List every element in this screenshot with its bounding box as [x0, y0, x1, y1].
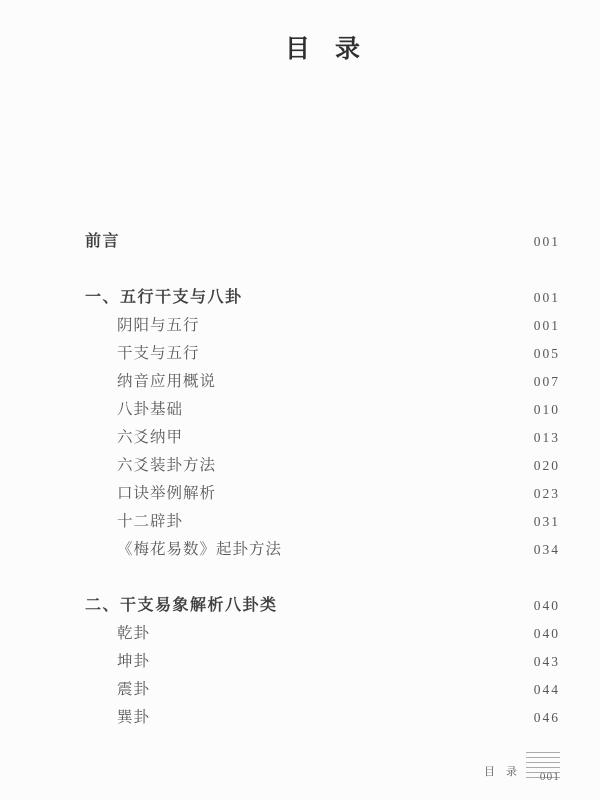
- toc-entry-page: 001: [534, 284, 560, 312]
- toc-entry: 震卦 044: [85, 676, 560, 704]
- toc-entry-label: 《梅花易数》起卦方法: [117, 536, 282, 564]
- toc-entry-page: 040: [534, 592, 560, 620]
- toc-entry-section-1: 一、五行干支与八卦 001: [85, 284, 560, 312]
- page-title: 目 录: [85, 0, 560, 67]
- toc-entry-page: 013: [534, 424, 560, 452]
- toc-entry: 六爻装卦方法 020: [85, 452, 560, 480]
- toc-entry: 阴阳与五行 001: [85, 312, 560, 340]
- toc-entry-page: 001: [534, 228, 560, 256]
- toc-entry-page: 007: [534, 368, 560, 396]
- toc-entry-page: 005: [534, 340, 560, 368]
- toc-entry: 口诀举例解析 023: [85, 480, 560, 508]
- page-footer: 目 录 001: [484, 752, 560, 782]
- toc-entry-page: 043: [534, 648, 560, 676]
- toc-entry-label: 八卦基础: [117, 396, 183, 424]
- toc-entry: 《梅花易数》起卦方法 034: [85, 536, 560, 564]
- toc-entry-label: 坤卦: [117, 648, 150, 676]
- toc-entry-label: 二、干支易象解析八卦类: [85, 592, 278, 620]
- toc-entry-label: 干支与五行: [117, 340, 200, 368]
- toc-entry: 纳音应用概说 007: [85, 368, 560, 396]
- toc-entry-page: 001: [534, 312, 560, 340]
- toc-entry-label: 震卦: [117, 676, 150, 704]
- toc-entry: 坤卦 043: [85, 648, 560, 676]
- toc-entry-label: 六爻纳甲: [117, 424, 183, 452]
- toc-entry-label: 六爻装卦方法: [117, 452, 216, 480]
- toc-entry: 十二辟卦 031: [85, 508, 560, 536]
- footer-lines-decoration: 001: [526, 752, 560, 782]
- toc-list: 前言 001 一、五行干支与八卦 001 阴阳与五行 001 干支与五行 005…: [85, 228, 560, 732]
- toc-entry-page: 040: [534, 620, 560, 648]
- toc-entry: 乾卦 040: [85, 620, 560, 648]
- toc-entry-label: 十二辟卦: [117, 508, 183, 536]
- toc-entry-label: 纳音应用概说: [117, 368, 216, 396]
- toc-entry-page: 034: [534, 536, 560, 564]
- toc-entry-label: 前言: [85, 228, 120, 256]
- toc-entry-label: 阴阳与五行: [117, 312, 200, 340]
- toc-entry-label: 口诀举例解析: [117, 480, 216, 508]
- toc-page: 目 录 前言 001 一、五行干支与八卦 001 阴阳与五行 001 干支与五行…: [0, 0, 600, 800]
- toc-entry-page: 020: [534, 452, 560, 480]
- toc-entry: 八卦基础 010: [85, 396, 560, 424]
- toc-entry-page: 023: [534, 480, 560, 508]
- toc-entry-label: 一、五行干支与八卦: [85, 284, 243, 312]
- toc-entry-page: 010: [534, 396, 560, 424]
- toc-entry-label: 乾卦: [117, 620, 150, 648]
- toc-entry: 六爻纳甲 013: [85, 424, 560, 452]
- toc-entry-section-2: 二、干支易象解析八卦类 040: [85, 592, 560, 620]
- footer-running-title: 目 录: [484, 767, 517, 778]
- toc-entry-page: 046: [534, 704, 560, 732]
- toc-entry-preface: 前言 001: [85, 228, 560, 256]
- toc-entry-page: 044: [534, 676, 560, 704]
- toc-entry-label: 巽卦: [117, 704, 150, 732]
- toc-entry: 干支与五行 005: [85, 340, 560, 368]
- footer-page-number: 001: [540, 772, 560, 784]
- toc-entry-page: 031: [534, 508, 560, 536]
- toc-entry: 巽卦 046: [85, 704, 560, 732]
